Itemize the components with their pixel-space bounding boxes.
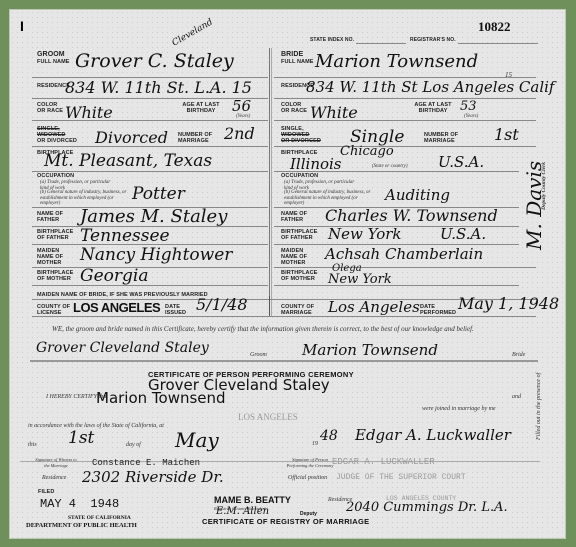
bride-years-label: (Years): [464, 114, 478, 120]
witness-residence: 2302 Riverside Dr.: [82, 468, 224, 486]
bride-age: 53: [460, 99, 477, 114]
witness-label: Signature of Witness to the Marriage: [32, 457, 80, 468]
officiant-signature-label: Signature of Person Performing the Cerem…: [286, 457, 334, 468]
officiant-signature: Edgar A. Luckwaller: [355, 426, 511, 444]
groom-birthplace: Mt. Pleasant, Texas: [44, 151, 212, 171]
groom-signature: Grover Cleveland Staley: [36, 340, 209, 356]
state-label: STATE OF CALIFORNIA: [68, 515, 131, 521]
bride-marriage-number-label: NUMBER OF MARRIAGE: [424, 132, 468, 144]
bride-occupation: Auditing: [385, 186, 450, 204]
bride-full-name-label: FULL NAME: [281, 59, 314, 65]
ceremony-year: 48: [320, 428, 338, 444]
groom-mother: Nancy Hightower: [80, 245, 232, 265]
groom-label: GROOM: [37, 51, 65, 58]
groom-occupation-label: OCCUPATION: [37, 173, 74, 179]
officiant-residence: 2040 Cummings Dr. L.A.: [346, 500, 508, 515]
bride-father: Charles W. Townsend: [325, 206, 498, 225]
groom-marriage-number-label: NUMBER OF MARRIAGE: [178, 132, 222, 144]
bride-color-label: COLOR OR RACE: [281, 102, 311, 114]
groom-residence: 834 W. 11th St. L.A. 15: [65, 78, 252, 97]
position-label: Official position: [288, 476, 327, 482]
joined-label: were joined in marriage by me: [422, 407, 496, 413]
bride-birthplace-city: Chicago: [340, 144, 394, 159]
registry-label: CERTIFICATE OF REGISTRY OF MARRIAGE: [202, 517, 369, 526]
groom-occupation-b: (b) General nature of industry, business…: [40, 190, 130, 207]
date-issued: 5/1/48: [196, 295, 248, 314]
deputy-signature: E.M. Allen: [216, 506, 269, 517]
side-mark: I: [20, 18, 24, 34]
state-index-label: STATE INDEX NO.: [310, 37, 354, 43]
bride-age-label: AGE AT LAST BIRTHDAY: [408, 102, 458, 114]
certificate-number: 10822: [478, 19, 511, 35]
county-of-marriage: Los Angeles: [328, 298, 420, 316]
bride-father-birthplace-country: U.S.A.: [440, 225, 486, 243]
bride-residence-zone: 15: [505, 73, 512, 79]
date-performed-label: DATE PERFORMED: [420, 304, 460, 316]
groom-name-annotation: Cleveland: [171, 17, 215, 48]
witness-name: Constance E. Maichen: [92, 458, 200, 468]
declaration-text: WE, the groom and bride named in this Ce…: [30, 325, 530, 334]
bride-mother-label: MAIDEN NAME OF MOTHER: [281, 248, 311, 266]
groom-father-label: NAME OF FATHER: [37, 211, 67, 223]
groom-years-label: (Years): [236, 114, 250, 120]
date-performed: May 1, 1948: [458, 294, 559, 313]
filed-date: MAY 4 1948: [40, 497, 119, 511]
groom-full-name-label: FULL NAME: [37, 59, 70, 65]
groom-signature-label: Groom: [250, 353, 267, 359]
groom-age: 56: [232, 97, 251, 115]
groom-occupation: Potter: [132, 184, 185, 204]
groom-full-name: Grover C. Staley: [75, 50, 234, 72]
deputy-clerk-label: Deputy County Clerk: [542, 162, 548, 210]
ceremony-month: May: [175, 428, 219, 452]
bride-father-label: NAME OF FATHER: [281, 211, 311, 223]
bride-marriage-number: 1st: [494, 125, 519, 144]
bride-full-name: Marion Townsend: [315, 51, 478, 72]
officiant-typed-name: EDGAR A. LUCKWALLER: [332, 457, 435, 467]
groom-color-label: COLOR OR RACE: [37, 102, 67, 114]
bride-label: BRIDE: [281, 51, 303, 58]
bride-occupation-label: OCCUPATION: [281, 173, 318, 179]
witness-residence-label: Residence: [42, 476, 66, 482]
bride-signature-label: Bride: [512, 353, 525, 359]
groom-status-divorced: OR DIVORCED: [37, 138, 77, 144]
date-issued-label: DATE ISSUED: [165, 304, 189, 316]
bride-birthplace-country: U.S.A.: [438, 153, 484, 171]
groom-marriage-number: 2nd: [224, 124, 255, 143]
maiden-name-label: MAIDEN NAME OF BRIDE, IF SHE WAS PREVIOU…: [37, 292, 208, 298]
ceremony-and-label: and: [512, 395, 521, 401]
groom-mother-birthplace-label: BIRTHPLACE OF MOTHER: [37, 270, 82, 282]
recorder-name: MAME B. BEATTY: [214, 495, 291, 505]
marriage-certificate: I 10822 STATE INDEX NO. REGISTRAR'S NO. …: [9, 9, 566, 539]
groom-mother-label: MAIDEN NAME OF MOTHER: [37, 248, 67, 266]
bride-residence: 834 W. 11th St Los Angeles Calif: [306, 78, 554, 96]
bride-mother-birthplace-label: BIRTHPLACE OF MOTHER: [281, 270, 326, 282]
bride-signature: Marion Townsend: [302, 341, 438, 359]
groom-father-birthplace: Tennessee: [80, 226, 170, 246]
groom-mother-birthplace: Georgia: [80, 266, 148, 286]
registrar-label: REGISTRAR'S NO.: [410, 37, 456, 43]
ceremony-bride-name: Marion Townsend: [96, 389, 226, 407]
filled-out-note: Filled out in the presence of: [537, 373, 543, 440]
bride-status-divorced: OR DIVORCED: [281, 138, 321, 144]
groom-father: James M. Staley: [80, 206, 227, 227]
groom-father-birthplace-label: BIRTHPLACE OF FATHER: [37, 229, 82, 241]
ceremony-place: LOS ANGELES: [238, 412, 298, 422]
accordance-label: in accordance with the laws of the State…: [28, 424, 164, 430]
bride-mother: Achsah Chamberlain: [325, 245, 483, 263]
county-license-label: COUNTY OF LICENSE: [37, 304, 73, 316]
bride-occupation-b: (b) General nature of industry, business…: [284, 190, 374, 207]
ceremony-day: 1st: [68, 428, 94, 448]
groom-status: Divorced: [95, 128, 168, 147]
department-label: DEPARTMENT OF PUBLIC HEALTH: [26, 522, 137, 529]
bride-father-birthplace-label: BIRTHPLACE OF FATHER: [281, 229, 326, 241]
county-of-license: LOS ANGELES: [73, 300, 160, 315]
bride-birthplace-note: (State or country): [372, 164, 408, 170]
this-label: this: [28, 443, 37, 449]
groom-age-label: AGE AT LAST BIRTHDAY: [176, 102, 226, 114]
bride-father-birthplace: New York: [328, 225, 402, 243]
official-position: JUDGE OF THE SUPERIOR COURT: [336, 473, 466, 482]
day-of-label: day of: [126, 443, 141, 449]
filed-label: FILED: [38, 489, 54, 495]
county-marriage-label: COUNTY OF MARRIAGE: [281, 304, 317, 316]
year-prefix: 19: [312, 442, 318, 448]
